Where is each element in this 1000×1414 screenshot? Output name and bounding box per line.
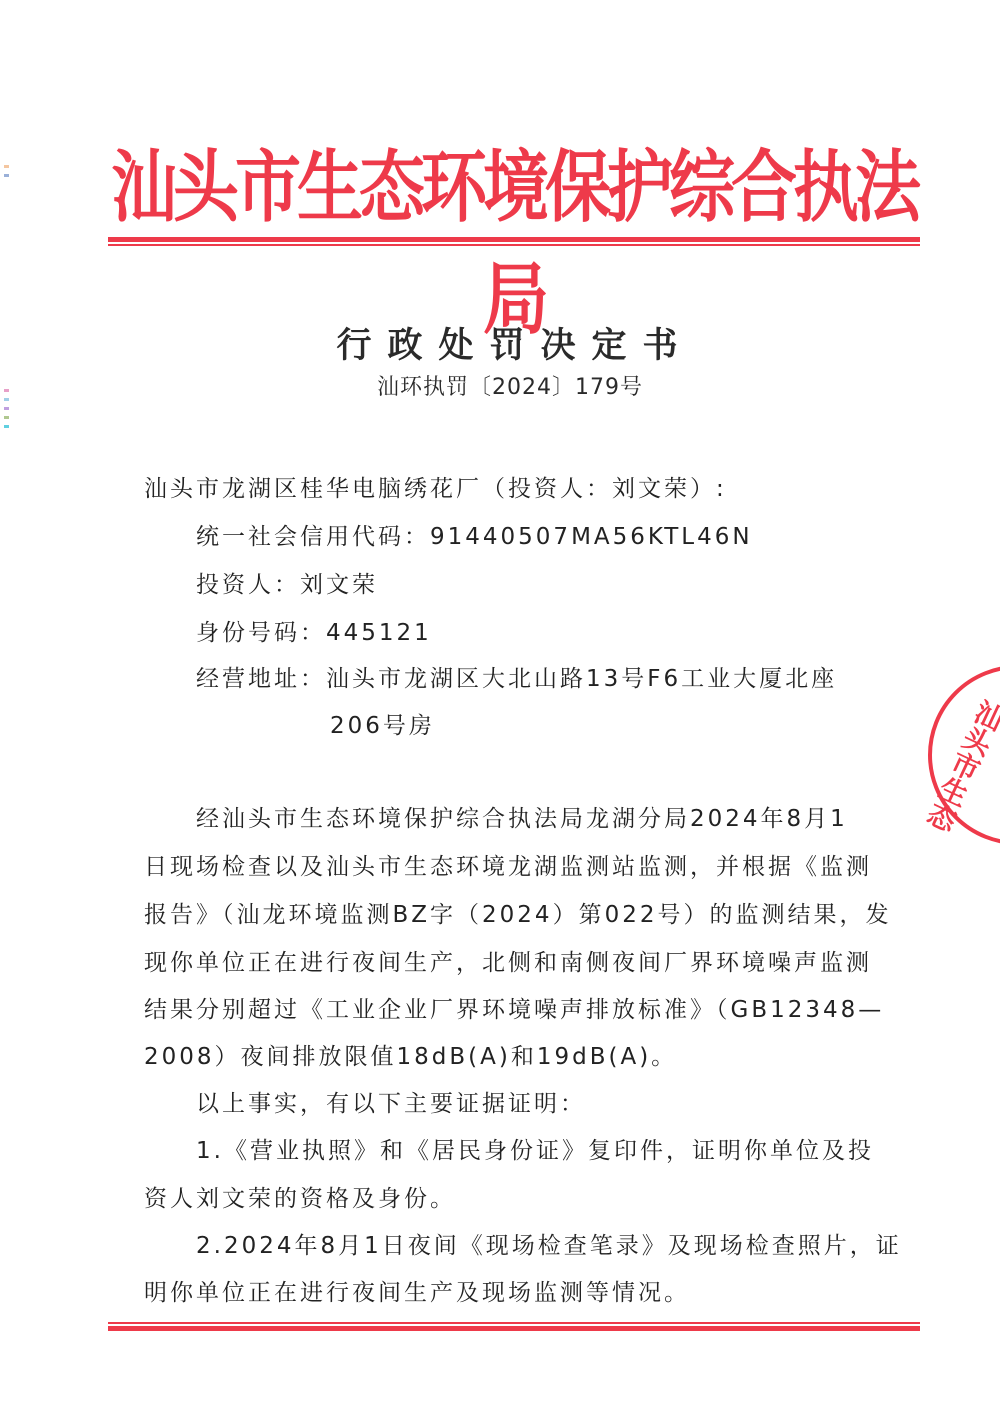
footer-rule-thin [108,1322,920,1324]
letterhead-rule-thick [108,237,920,242]
scan-artifacts [4,165,10,465]
body-line: 1.《营业执照》和《居民身份证》复印件，证明你单位及投 [196,1132,874,1165]
letterhead-title: 汕头市生态环境保护综合执法局 [108,131,920,243]
body-line: 日现场检查以及汕头市生态环境龙湖监测站监测，并根据《监测 [144,848,872,881]
addressee: 汕头市龙湖区桂华电脑绣花厂（投资人：刘文荣）: [144,470,727,503]
id-number: 身份号码：445121 [196,614,432,647]
body-line: 报告》（汕龙环境监测BZ字（2024）第022号）的监测结果，发 [144,896,891,929]
body-line: 结果分别超过《工业企业厂界环境噪声排放标准》（GB12348— [144,991,884,1024]
document-title: 行政处罚决定书 [300,318,730,368]
body-line: 明你单位正在进行夜间生产及现场监测等情况。 [144,1274,690,1307]
credit-code: 统一社会信用代码：91440507MA56KTL46N [196,518,753,551]
body-line: 2008）夜间排放限值18dB(A)和19dB(A)。 [144,1038,677,1071]
address-line-1: 经营地址：汕头市龙湖区大北山路13号F6工业大厦北座 [196,660,837,693]
document-number: 汕环执罚〔2024〕179号 [300,370,720,401]
body-line: 资人刘文荣的资格及身份。 [144,1180,456,1213]
letterhead-rule-thin [108,244,920,246]
footer-rule-thick [108,1326,920,1331]
body-line: 以上事实，有以下主要证据证明： [196,1085,586,1118]
body-line: 现你单位正在进行夜间生产，北侧和南侧夜间厂界环境噪声监测 [144,944,872,977]
body-line: 2.2024年8月1日夜间《现场检查笔录》及现场检查照片，证 [196,1227,902,1260]
address-line-2: 206号房 [330,707,435,740]
investor: 投资人：刘文荣 [196,566,378,599]
body-line: 经汕头市生态环境保护综合执法局龙湖分局2024年8月1 [196,800,848,833]
